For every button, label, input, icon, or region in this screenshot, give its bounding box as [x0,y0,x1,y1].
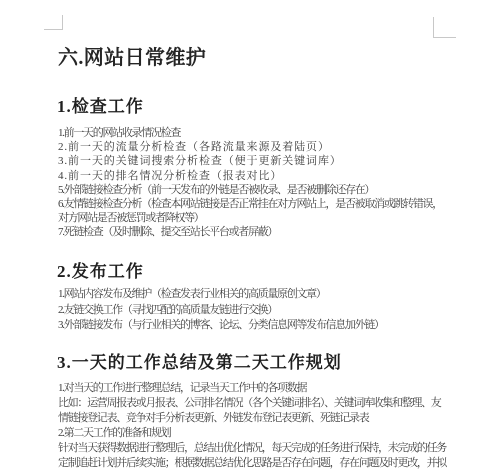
text-line: 3.外部链接发布（与行业相关的博客、论坛、分类信息网等发布信息加外链） [58,318,384,334]
text-boundary-mark-top-left-horizontal [44,29,63,30]
text-line: 比如：运营周报表或月报表、公司排名情况（各个关键词排名）、关键词库收集和整理、友 [58,396,446,411]
text-line: 6.友情链接检查分析（检查本网站链接是否正常挂在对方网站上，是否被取消或跳转错误… [58,197,442,211]
section-body-check-work: 1.前一天的网站收录情况检查 2.前一天的流量分析检查（各路流量来源及着陆页） … [58,126,442,240]
text-line: 2.第二天工作的准备和规划 [58,426,446,441]
text-line: 3.前一天的关键词搜索分析检查（便于更新关键词库） [58,154,442,168]
text-line: 对方网站是否被惩罚或者降权等） [58,211,442,225]
text-line: 2.前一天的流量分析检查（各路流量来源及着陆页） [58,140,442,154]
section-body-publish-work: 1.网站内容发布及维护（检查发表行业相关的高质量原创文章） 2.友链交换工作（寻… [58,287,384,334]
text-line: 2.友链交换工作（寻找匹配的高质量友链进行交换） [58,303,384,319]
section-body-daily-summary: 1.对当天的工作进行整理总结，记录当天工作中的各项数据 比如：运营周报表或月报表… [58,381,446,469]
text-boundary-mark-top-left-vertical [62,15,63,30]
text-line: 1.网站内容发布及维护（检查发表行业相关的高质量原创文章） [58,287,384,303]
section-heading-publish-work: 2.发布工作 [57,257,144,282]
text-boundary-mark-top-right-vertical [433,17,434,38]
text-line: 5.外部链接检查分析（前一天发布的外链是否被收录、是否被删除还存在） [58,183,442,197]
document-page: 六.网站日常维护 1.检查工作 1.前一天的网站收录情况检查 2.前一天的流量分… [0,0,500,469]
text-line: 1.对当天的工作进行整理总结，记录当天工作中的各项数据 [58,381,446,396]
page-title: 六.网站日常维护 [58,41,206,70]
text-line: 定制追赶计划并后续实施；根据数据总结优化思路是否存在问题，存在问题及时更改，并拟 [58,456,446,469]
section-heading-daily-summary: 3.一天的工作总结及第二天工作规划 [57,348,342,373]
section-heading-check-work: 1.检查工作 [57,92,144,117]
text-line: 4.前一天的排名情况分析检查（报表对比） [58,169,442,183]
text-boundary-mark-top-right-horizontal [433,37,456,38]
text-line: 情链接登记表、竞争对手分析表更新、外链发布登记表更新、死链记录表 [58,411,446,426]
text-line: 1.前一天的网站收录情况检查 [58,126,442,140]
text-line: 针对当天获得数据进行整理后，总结出优化情况，每天完成的任务进行保持，未完成的任务 [58,441,446,456]
text-line: 7.死链检查（及时删除、提交至站长平台或者屏蔽） [58,225,442,239]
